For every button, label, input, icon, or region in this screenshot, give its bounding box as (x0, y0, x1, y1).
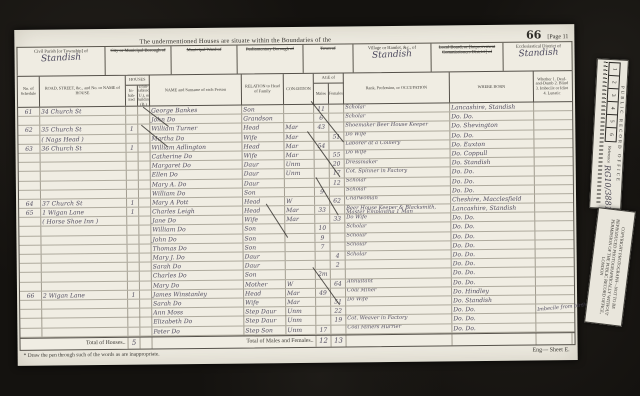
cell-relation: Daur (243, 179, 285, 188)
cell-occupation (346, 260, 452, 269)
cell-age-male: 7 (315, 242, 330, 250)
col-occupation: Rank, Profession, or OCCUPATION (344, 72, 450, 103)
cell-name: Elizabeth Do (152, 317, 244, 326)
cell-relation: Head (243, 197, 285, 206)
cell-name: Sarah Do (152, 298, 244, 307)
cell-road (40, 116, 126, 125)
cell-condition (285, 178, 315, 187)
cell-relation: Grandson (242, 114, 284, 123)
reference-label: Reference (607, 146, 613, 163)
cell-age-female: 19 (331, 316, 346, 324)
cell-uninhabited (138, 134, 150, 142)
cell-name: Martha Do (150, 133, 242, 142)
cell-schedule (20, 328, 42, 336)
cell-road (41, 189, 127, 198)
cell-age-female (330, 242, 345, 250)
cell-condition: W (285, 197, 315, 206)
cell-where-born: Do. Do. (451, 240, 535, 249)
cell-schedule (19, 181, 41, 189)
cell-age-female (330, 224, 345, 232)
cell-inhabited (127, 153, 139, 161)
header-box-label: City or Municipal Borough of (106, 47, 169, 53)
cell-relation: Head (242, 142, 284, 151)
cell-where-born: Do. Do. (451, 222, 535, 231)
cell-uninhabited (139, 152, 151, 160)
page-number-block: 66[Page 11 (450, 28, 568, 42)
header-box-handwritten-value: Standish (354, 48, 429, 62)
cell-road (41, 180, 127, 189)
cell-where-born: Do. Do. (452, 249, 536, 258)
ruler-number: 3 (608, 89, 619, 103)
cell-name: Mary Do (152, 280, 244, 289)
cell-relation: Daur (244, 252, 286, 261)
cell-occupation: Do Wife (346, 296, 452, 305)
cell-age-female (331, 325, 346, 333)
cell-name: Catherine Do (151, 151, 243, 160)
copyright-label: COPYRIGHT PHOTOGRAPH—NOT TO BE REPRODUCE… (584, 207, 636, 327)
cell-name: Charles Leigh (151, 207, 243, 216)
cell-inhabited (127, 217, 139, 225)
cell-name: Mary A. Do (151, 179, 243, 188)
cell-condition: Mar (285, 151, 315, 160)
cell-name: Charles Do (152, 271, 244, 280)
cell-occupation: Scholar (344, 103, 450, 112)
totals-spacer-1 (140, 337, 152, 348)
cell-name: Mary J. Do (152, 253, 244, 262)
cell-road (42, 300, 128, 309)
cell-schedule (19, 236, 41, 244)
cell-condition (286, 270, 316, 279)
col-condition: CON-DITION (284, 74, 314, 104)
cell-occupation: Cot. Spinner in Factory (345, 168, 451, 177)
cell-road: 36 Church St (40, 144, 126, 153)
cell-where-born: Do. Euxton (450, 139, 534, 148)
cell-road (42, 263, 128, 272)
cell-age-male: 9 (315, 233, 330, 241)
header-box-label: Town of (304, 45, 351, 50)
cell-inhabited (128, 300, 140, 308)
cell-age-male: 10 (315, 224, 330, 232)
cell-occupation: Scholar (344, 113, 450, 122)
cell-occupation: Charwoman (345, 195, 451, 204)
cell-name: Thomas Do (152, 243, 244, 252)
cell-age-female: 64 (331, 279, 346, 287)
cell-where-born: Do. Do. (452, 259, 536, 268)
ruler-number: 5 (606, 115, 617, 129)
col-where-born: WHERE BORN (450, 72, 534, 103)
cell-schedule: 65 (19, 209, 41, 217)
cell-inhabited: 1 (127, 208, 139, 216)
cell-condition: Unm (286, 307, 316, 316)
header-box: Parliamentary Borough of (237, 45, 303, 74)
col-age-males: Males (314, 84, 329, 104)
cell-age-female: 55 (330, 150, 345, 158)
totals-spacer-2 (346, 334, 452, 346)
cell-occupation: Do Wife (344, 131, 450, 140)
cell-uninhabited (140, 244, 152, 252)
cell-age-female (329, 104, 344, 112)
cell-age-male (315, 215, 330, 223)
ruler-number: 1 (609, 63, 620, 77)
cell-schedule (20, 301, 42, 309)
cell-age-male (316, 298, 331, 306)
cell-age-male (316, 252, 331, 260)
cell-condition: Mar (286, 298, 316, 307)
cell-road: 34 Church St (40, 107, 126, 116)
cell-occupation: Coal Miners Hurrier (346, 324, 452, 333)
cell-name: Ellen Do (151, 170, 243, 179)
cell-where-born: Do. Do. (451, 176, 535, 185)
cell-schedule (18, 135, 40, 143)
cell-age-female (331, 270, 346, 278)
cell-inhabited (127, 226, 139, 234)
cell-where-born: Do. Do. (450, 112, 534, 121)
col-name: NAME and Surname of each Person (150, 75, 242, 106)
cell-name: Sarah Do (152, 262, 244, 271)
cell-occupation: Laborer at a Colliery (344, 140, 450, 149)
cell-schedule (20, 264, 42, 272)
cell-name: Jane Do (151, 216, 243, 225)
cell-uninhabited (140, 281, 152, 289)
reference-block: Reference RG10/3881 (602, 146, 614, 211)
cell-where-born: Do. Standish (451, 158, 535, 167)
cell-road (42, 281, 128, 290)
cell-where-born: Do. Standish (452, 295, 536, 304)
col-houses-group: HOUSES (126, 76, 150, 86)
cell-road (42, 254, 128, 263)
cell-schedule (20, 319, 42, 327)
cell-occupation: Shoemaker Beer House Keeper (344, 122, 450, 131)
cell-where-born: Do. Hindley (452, 286, 536, 295)
cell-schedule (19, 163, 41, 171)
cell-where-born: Do. Do. (451, 167, 535, 176)
cell-schedule (20, 273, 42, 281)
cell-where-born: Lancashire, Standish (451, 204, 535, 213)
cell-name: Peter Do (152, 326, 244, 335)
header-box-label: Parliamentary Borough of (238, 46, 301, 52)
cell-age-male (315, 169, 330, 177)
cell-road (42, 318, 128, 327)
cell-road: 1 Wigan Lane (41, 208, 127, 217)
cell-uninhabited (140, 263, 152, 271)
cell-relation: Head (243, 206, 285, 215)
cell-name: William Do (151, 188, 243, 197)
cell-relation: Son (244, 243, 286, 252)
cell-age-female: 22 (331, 307, 346, 316)
cell-where-born: Do. Shevington (450, 121, 534, 130)
cell-uninhabited (139, 162, 151, 170)
cell-inhabited (128, 281, 140, 289)
cell-inhabited (127, 235, 139, 243)
cell-uninhabited (138, 143, 150, 151)
cell-relation: Son (243, 234, 285, 243)
total-males-females-label: Total of Males and Females.. (152, 335, 316, 348)
cell-where-born: Do. Do. (451, 213, 535, 222)
cell-road (42, 327, 128, 336)
cell-uninhabited (140, 290, 152, 298)
cell-inhabited: 1 (126, 125, 138, 133)
cell-where-born: Do. Do. (451, 185, 535, 194)
header-box-label: Municipal Ward of (172, 47, 235, 53)
cell-inhabited: 1 (126, 143, 138, 151)
col-road: ROAD, STREET, &c., and No. or NAME of HO… (40, 76, 126, 107)
ruler-number: 6 (606, 128, 617, 142)
cell-age-male (314, 132, 329, 140)
cell-condition: Unm (285, 160, 315, 169)
cell-inhabited (128, 309, 140, 318)
cell-schedule: 64 (19, 200, 41, 208)
cell-where-born: Do. Do. (452, 314, 536, 323)
cell-inhabited (127, 180, 139, 188)
cell-condition: Unm (286, 316, 316, 325)
cell-condition: W (286, 279, 316, 288)
cell-condition: Mar (284, 142, 314, 151)
cell-occupation: Dressmaker (345, 159, 451, 168)
cell-schedule (19, 227, 41, 235)
cell-where-born: Do. Do. (451, 231, 535, 240)
footnote: * Draw the pen through such of the words… (24, 351, 160, 358)
cell-uninhabited (139, 226, 151, 234)
cell-schedule (20, 255, 42, 263)
cell-uninhabited (139, 171, 151, 179)
cell-uninhabited (140, 272, 152, 280)
header-box: Ecclesiastical District of Standish (503, 42, 573, 71)
cell-age-male (316, 307, 331, 316)
reference-handwritten-value: RG10/3881 (603, 165, 613, 211)
cell-age-male (316, 316, 331, 324)
cell-uninhabited (139, 198, 151, 206)
cell-inhabited (128, 244, 140, 252)
cell-where-born: Lancashire, Standish (450, 103, 534, 112)
cell-relation: Step Son (244, 326, 286, 335)
cell-age-male: 43 (314, 123, 329, 131)
total-houses-label: Total of Houses.. (20, 337, 128, 349)
cell-uninhabited (139, 189, 151, 197)
cell-age-female: 33 (330, 215, 345, 223)
col-schedule-no: No. of Schedule (18, 77, 40, 107)
cell-age-male: 17 (316, 325, 331, 333)
cell-age-male (316, 261, 331, 269)
cell-age-female (329, 114, 344, 122)
cell-schedule (20, 245, 42, 253)
cell-schedule: 61 (18, 108, 40, 116)
census-table: No. of Schedule ROAD, STREET, &c., and N… (17, 70, 576, 350)
header-box: Village or Hamlet, &c., of Standish (353, 44, 431, 73)
cell-inhabited (128, 327, 140, 335)
cell-occupation: Annuitant (346, 278, 452, 287)
cell-name: James Winstanley (152, 289, 244, 298)
cell-condition: Mar (286, 289, 316, 298)
cell-road: ( Horse Shoe Inn ) (41, 217, 127, 226)
header-box: Local Board, or [Improvement Commissione… (431, 43, 503, 72)
total-males-value: 12 (316, 335, 331, 346)
cell-inhabited (126, 107, 138, 115)
scanned-census-page: { "page": { "title": "The undermentioned… (0, 0, 640, 396)
cell-relation: Wife (243, 151, 285, 160)
cell-name: William Turner (150, 124, 242, 133)
cell-relation: Daur (244, 261, 286, 270)
cell-where-born: Do. Do. (452, 277, 536, 286)
cell-name: George Bankes (150, 106, 242, 115)
census-sheet: The undermentioned Houses are situate wi… (14, 24, 577, 366)
cell-occupation: Scholar (345, 177, 451, 186)
cell-inhabited (126, 116, 138, 124)
copyright-text: COPYRIGHT PHOTOGRAPH—NOT TO BE REPRODUCE… (593, 211, 628, 323)
cell-uninhabited (138, 116, 150, 124)
cell-occupation: Scholar (345, 223, 451, 232)
cell-occupation: Beer House Keeper & Blacksmith, Master E… (345, 204, 451, 213)
cell-relation: Son (242, 105, 284, 114)
cell-road (41, 235, 127, 244)
cell-schedule (19, 172, 41, 180)
cell-condition (286, 261, 316, 270)
cell-condition (285, 224, 315, 233)
cell-occupation (346, 269, 452, 278)
cell-road: 37 Church St (41, 199, 127, 208)
cell-occupation: Scholar (345, 232, 451, 241)
cell-schedule (19, 190, 41, 198)
cell-age-female: 4 (331, 251, 346, 259)
cell-occupation: Cot. Weaver in Factory (346, 315, 452, 324)
cell-uninhabited (140, 327, 152, 335)
cell-relation: Head (242, 123, 284, 132)
header-box-label: Local Board, or [Improvement Commissione… (432, 44, 501, 55)
cell-condition (285, 187, 315, 196)
cell-uninhabited (140, 299, 152, 307)
col-infirmity: Whether 1. Deaf-and-Dumb 2. Blind 3. Imb… (534, 71, 570, 101)
cell-schedule (19, 154, 41, 162)
cell-uninhabited (139, 208, 151, 216)
cell-age-female (330, 233, 345, 241)
cell-age-female: 2 (331, 261, 346, 269)
cell-inhabited (128, 263, 140, 271)
cell-schedule (20, 310, 42, 319)
table-body: 61 34 Church St George Bankes Son 11 Sch… (18, 102, 574, 337)
cell-inhabited (128, 254, 140, 262)
cell-name: Mary A Pott (151, 197, 243, 206)
sheet-number-stamp: 66 (526, 28, 541, 41)
cell-uninhabited (139, 235, 151, 243)
cell-condition (286, 252, 316, 261)
col-age-females: Females (329, 83, 344, 103)
cell-condition (284, 114, 314, 123)
cell-occupation: Scholar (345, 241, 451, 250)
cell-relation: Daur (243, 160, 285, 169)
cell-uninhabited (140, 318, 152, 326)
cell-relation: Son (244, 270, 286, 279)
ruler-number: 4 (607, 102, 618, 116)
cell-where-born: Do. Do. (452, 268, 536, 277)
cell-road: ( Nags Head ) (40, 134, 126, 143)
cell-uninhabited (140, 309, 152, 318)
cell-age-male: 33 (315, 206, 330, 214)
cell-occupation: Scholar (346, 250, 452, 259)
ruler-number: 2 (608, 76, 619, 90)
cell-condition: Mar (284, 123, 314, 132)
cell-condition: Mar (285, 206, 315, 215)
cell-relation: Son (243, 188, 285, 197)
cell-relation: Head (244, 289, 286, 298)
cell-where-born: Do. Do. (452, 323, 536, 332)
cell-schedule: 66 (20, 291, 42, 299)
cell-where-born: Do. Coppull (451, 148, 535, 157)
cell-schedule: 63 (18, 144, 40, 152)
col-houses-uninhabited: Unin-habited (U.), or Building (B.) (138, 86, 150, 106)
cell-occupation: Scholar (345, 186, 451, 195)
cell-relation: Wife (242, 133, 284, 142)
cell-schedule (20, 282, 42, 290)
cell-condition (285, 233, 315, 242)
cell-occupation: Coal Miner (346, 287, 452, 296)
cell-schedule: 62 (18, 126, 40, 134)
cell-condition: Unm (286, 325, 316, 334)
cell-road (42, 245, 128, 254)
header-box: Civil Parish [or Township] of Standish (17, 47, 105, 76)
cell-condition: Mar (285, 215, 315, 224)
cell-name: Margaret Do (151, 161, 243, 170)
total-females-value: 13 (331, 335, 346, 346)
col-relation: RELATION to Head of Family (242, 74, 284, 104)
cell-relation: Step Daur (244, 307, 286, 316)
cell-road: 35 Church St (40, 125, 126, 134)
cell-schedule (18, 117, 40, 125)
page-label: [Page 11 (547, 34, 568, 40)
cell-road (41, 226, 127, 235)
cell-relation: Step Daur (244, 316, 286, 325)
cell-inhabited (127, 162, 139, 170)
col-age-group: AGE of (314, 73, 344, 83)
totals-spacer-3 (452, 333, 536, 345)
sheet-series-label: Eng— Sheet E. (532, 347, 569, 353)
header-box-handwritten-value: Standish (504, 47, 572, 61)
cell-relation: Mother (244, 280, 286, 289)
cell-age-female (330, 187, 345, 195)
totals-spacer-4 (536, 333, 572, 344)
cell-condition (284, 105, 314, 114)
cell-road (41, 162, 127, 171)
cell-inhabited (127, 171, 139, 179)
cell-condition (286, 243, 316, 252)
cell-condition: Unm (285, 169, 315, 178)
cell-inhabited (128, 318, 140, 326)
cell-road (42, 272, 128, 281)
cell-relation: Wife (244, 298, 286, 307)
cell-occupation: Do Wife (345, 149, 451, 158)
header-box: Town of (303, 44, 353, 73)
cell-uninhabited (140, 254, 152, 262)
pro-ruler-label: PUBLIC RECORD OFFICE 1 2 3 4 5 6 Referen… (589, 58, 629, 209)
cell-uninhabited (139, 217, 151, 225)
cell-where-born: Do. Do. (450, 130, 534, 139)
cell-inhabited: 1 (127, 199, 139, 207)
cell-schedule (19, 218, 41, 226)
cell-where-born: Cheshire, Macclesfield (451, 194, 535, 203)
total-houses-value: 5 (128, 337, 140, 348)
cell-age-female: 12 (330, 178, 345, 186)
cell-road (41, 153, 127, 162)
cell-inhabited (127, 189, 139, 197)
cell-road (41, 171, 127, 180)
header-box: City or Municipal Borough of (105, 46, 171, 75)
cell-occupation: Do Wife (345, 214, 451, 223)
header-box: Municipal Ward of (171, 46, 237, 75)
cell-inhabited (128, 272, 140, 280)
cell-inhabited: 1 (128, 290, 140, 298)
cell-relation: Daur (243, 169, 285, 178)
cell-name: William Do (151, 225, 243, 234)
cell-name: John Do (151, 234, 243, 243)
cell-road: 2 Wigan Lane (42, 291, 128, 300)
